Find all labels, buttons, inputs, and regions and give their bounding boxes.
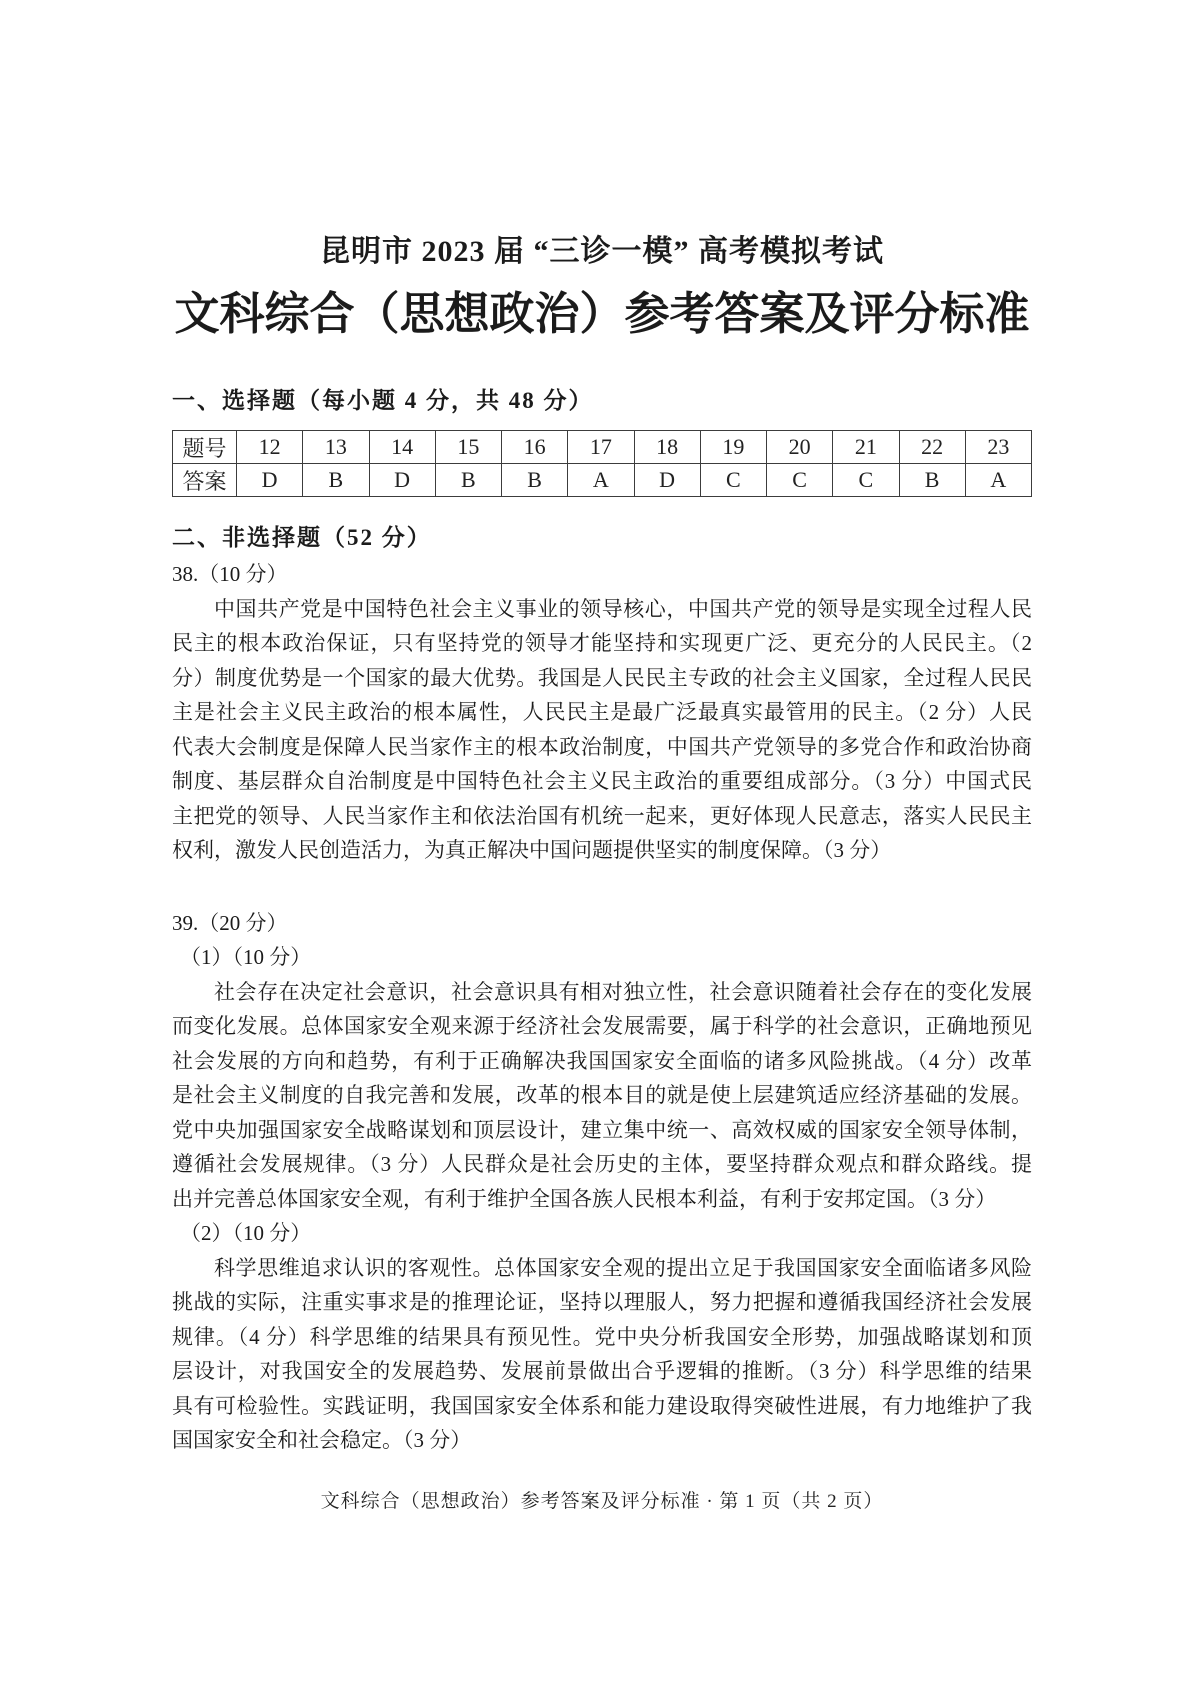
table-cell-answer: D [634,464,700,497]
exam-title: 昆明市 2023 届 “三诊一模” 高考模拟考试 [172,234,1032,270]
table-cell-question-number: 13 [303,431,369,464]
question-39-part1-label: （1）（10 分） [172,940,1032,975]
table-cell-answer: C [833,464,899,497]
question-39-part2-answer: 科学思维追求认识的客观性。总体国家安全观的提出立足于我国国家安全面临诸多风险挑战… [172,1251,1032,1458]
table-cell-question-number: 18 [634,431,700,464]
answer-table: 题号 12 13 14 15 16 17 18 19 20 21 22 23 答… [172,430,1032,497]
table-cell-answer: B [502,464,568,497]
table-cell-question-number: 17 [568,431,634,464]
table-cell-answer: D [369,464,435,497]
table-cell-question-number: 22 [899,431,965,464]
table-cell-question-number: 21 [833,431,899,464]
table-cell-answer: D [237,464,303,497]
table-cell-question-number: 16 [502,431,568,464]
exam-answer-page: 昆明市 2023 届 “三诊一模” 高考模拟考试 文科综合（思想政治）参考答案及… [0,0,1200,1698]
section-2-heading: 二、非选择题（52 分） [172,523,1032,553]
document-title: 文科综合（思想政治）参考答案及评分标准 [172,286,1032,342]
table-cell-answer: C [767,464,833,497]
table-cell-question-number: 19 [700,431,766,464]
section-1-heading: 一、选择题（每小题 4 分，共 48 分） [172,386,1032,416]
table-cell-question-number: 15 [435,431,501,464]
table-row-answers: 答案 D B D B B A D C C C B A [173,464,1032,497]
question-38-label: 38.（10 分） [172,557,1032,592]
question-39-part2-label: （2）（10 分） [172,1216,1032,1251]
table-cell-question-number: 12 [237,431,303,464]
table-cell-answer: B [303,464,369,497]
table-cell-question-number: 14 [369,431,435,464]
table-cell-answer: C [700,464,766,497]
table-cell-answer: B [899,464,965,497]
table-cell-answer: B [435,464,501,497]
table-cell-question-number: 23 [965,431,1031,464]
table-cell-question-number: 20 [767,431,833,464]
question-38-answer: 中国共产党是中国特色社会主义事业的领导核心，中国共产党的领导是实现全过程人民民主… [172,592,1032,868]
table-cell-answer-label: 答案 [173,464,237,497]
table-cell-header-label: 题号 [173,431,237,464]
table-row-question-numbers: 题号 12 13 14 15 16 17 18 19 20 21 22 23 [173,431,1032,464]
page-footer: 文科综合（思想政治）参考答案及评分标准 · 第 1 页（共 2 页） [172,1486,1032,1513]
question-39-label: 39.（20 分） [172,906,1032,941]
table-cell-answer: A [965,464,1031,497]
question-39-part1-answer: 社会存在决定社会意识，社会意识具有相对独立性，社会意识随着社会存在的变化发展而变… [172,975,1032,1217]
table-cell-answer: A [568,464,634,497]
